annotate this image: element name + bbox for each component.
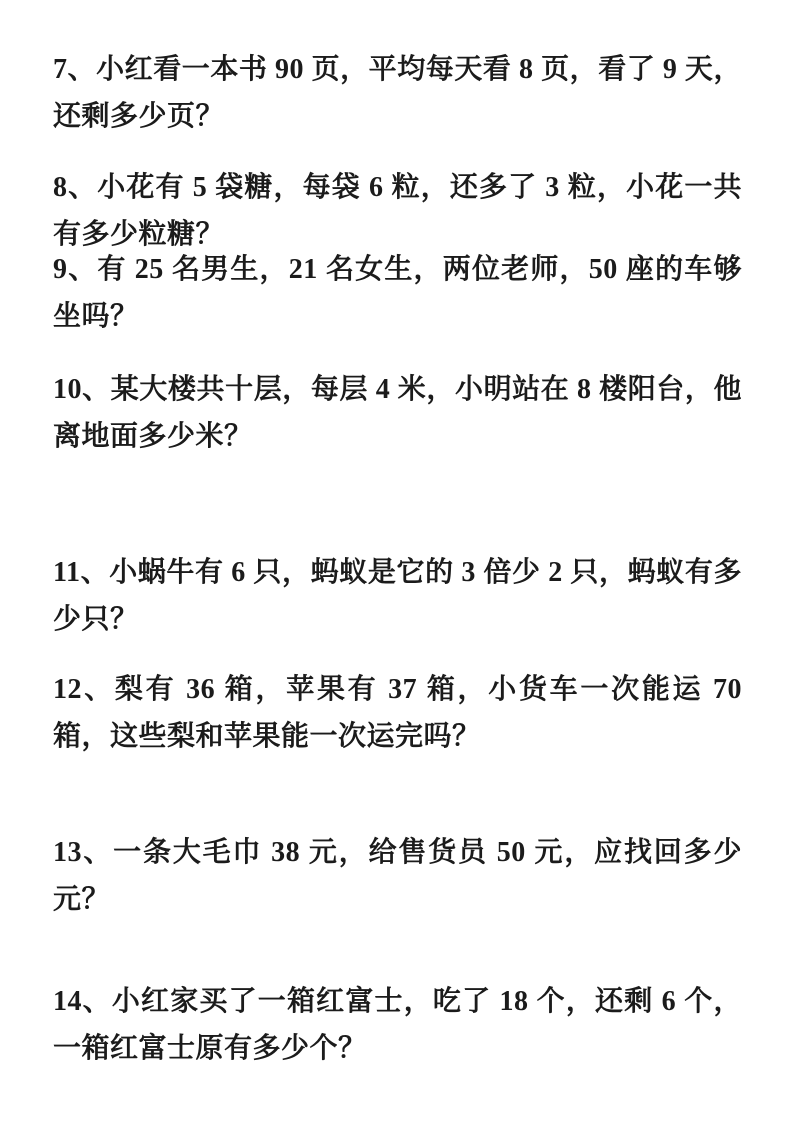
problem-13-text: 13、一条大毛巾 38 元，给售货员 50 元，应找回多少元？ bbox=[53, 837, 742, 915]
problem-7-text: 7、小红看一本书 90 页，平均每天看 8 页，看了 9 天，还剩多少页？ bbox=[53, 54, 742, 132]
problem-14: 14、小红家买了一箱红富士，吃了 18 个，还剩 6 个，一箱红富士原有多少个？ bbox=[53, 978, 742, 1072]
problem-9-text: 9、有 25 名男生，21 名女生，两位老师，50 座的车够坐吗？ bbox=[53, 254, 742, 332]
problem-12: 12、梨有 36 箱，苹果有 37 箱，小货车一次能运 70 箱，这些梨和苹果能… bbox=[53, 666, 742, 760]
worksheet-page: 7、小红看一本书 90 页，平均每天看 8 页，看了 9 天，还剩多少页？ 8、… bbox=[0, 0, 793, 1122]
problem-12-text: 12、梨有 36 箱，苹果有 37 箱，小货车一次能运 70 箱，这些梨和苹果能… bbox=[53, 674, 742, 752]
problem-10: 10、某大楼共十层，每层 4 米，小明站在 8 楼阳台，他离地面多少米？ bbox=[53, 366, 742, 460]
problem-8-text: 8、小花有 5 袋糖，每袋 6 粒，还多了 3 粒，小花一共有多少粒糖？ bbox=[53, 172, 742, 250]
problem-11: 11、小蜗牛有 6 只，蚂蚁是它的 3 倍少 2 只，蚂蚁有多少只？ bbox=[53, 549, 742, 643]
problem-11-text: 11、小蜗牛有 6 只，蚂蚁是它的 3 倍少 2 只，蚂蚁有多少只？ bbox=[53, 557, 742, 635]
problem-14-text: 14、小红家买了一箱红富士，吃了 18 个，还剩 6 个，一箱红富士原有多少个？ bbox=[53, 986, 742, 1064]
problem-7: 7、小红看一本书 90 页，平均每天看 8 页，看了 9 天，还剩多少页？ bbox=[53, 46, 742, 140]
problem-8: 8、小花有 5 袋糖，每袋 6 粒，还多了 3 粒，小花一共有多少粒糖？ bbox=[53, 164, 742, 258]
problem-9: 9、有 25 名男生，21 名女生，两位老师，50 座的车够坐吗？ bbox=[53, 246, 742, 340]
problem-13: 13、一条大毛巾 38 元，给售货员 50 元，应找回多少元？ bbox=[53, 829, 742, 923]
problem-10-text: 10、某大楼共十层，每层 4 米，小明站在 8 楼阳台，他离地面多少米？ bbox=[53, 374, 742, 452]
